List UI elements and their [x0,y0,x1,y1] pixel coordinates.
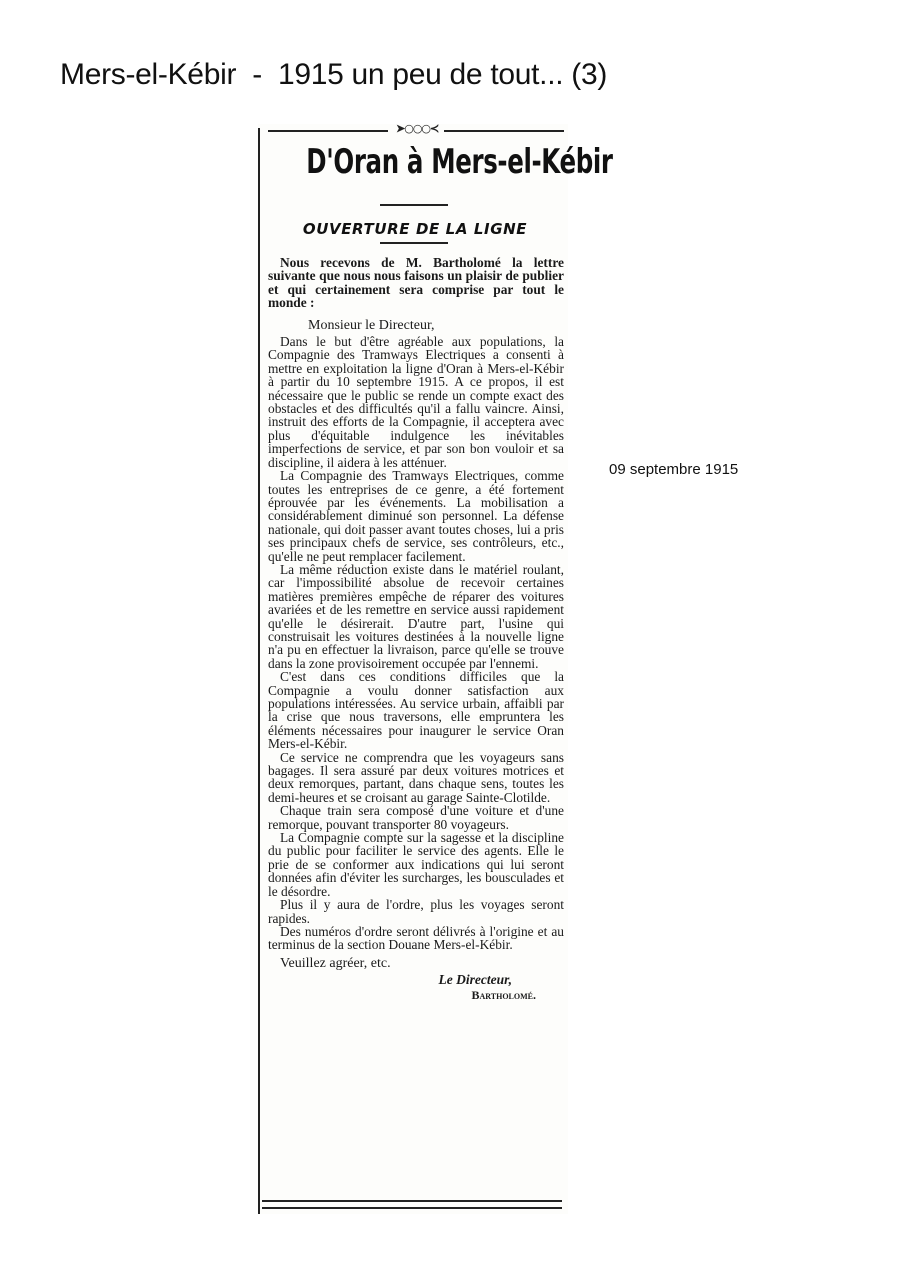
ornament-glyph: ➤○○○≺ [396,122,438,135]
article-intro: Nous recevons de M. Bartholomé la lettre… [268,256,564,310]
subhead-rule [380,242,448,244]
letter-salutation: Monsieur le Directeur, [268,319,564,332]
headline-rule [380,204,448,206]
signature-title: Le Directeur, [268,973,564,986]
article-paragraph: Des numéros d'ordre seront délivrés à l'… [268,925,564,952]
article-paragraph: Ce service ne comprendra que les voyageu… [268,751,564,805]
article-paragraph: Dans le but d'être agréable aux populati… [268,335,564,469]
article-paragraph: Plus il y aura de l'ordre, plus les voya… [268,898,564,925]
article-paragraph: La Compagnie compte sur la sagesse et la… [268,831,564,898]
bottom-double-rule [262,1200,562,1209]
article-paragraph: La même réduction existe dans le matérie… [268,563,564,670]
article-paragraph: Chaque train sera composé d'une voiture … [268,804,564,831]
newspaper-clipping: ➤○○○≺ D'Oran à Mers-el-Kébir OUVERTURE D… [258,124,568,1214]
article-subheadline: OUVERTURE DE LA LIGNE [264,220,566,238]
publication-date: 09 septembre 1915 [609,461,738,478]
page-title: Mers-el-Kébir - 1915 un peu de tout... (… [60,58,607,92]
letter-closing: Veuillez agréer, etc. [268,957,564,970]
signature-name: Bartholomé. [268,989,564,1002]
column-rule [258,128,260,1214]
article-body: Nous recevons de M. Bartholomé la lettre… [268,256,564,1002]
ornament-divider: ➤○○○≺ [268,126,564,134]
article-headline: D'Oran à Mers-el-Kébir [306,142,523,182]
article-paragraph: C'est dans ces conditions difficiles que… [268,670,564,750]
article-paragraph: La Compagnie des Tramways Electriques, c… [268,469,564,563]
